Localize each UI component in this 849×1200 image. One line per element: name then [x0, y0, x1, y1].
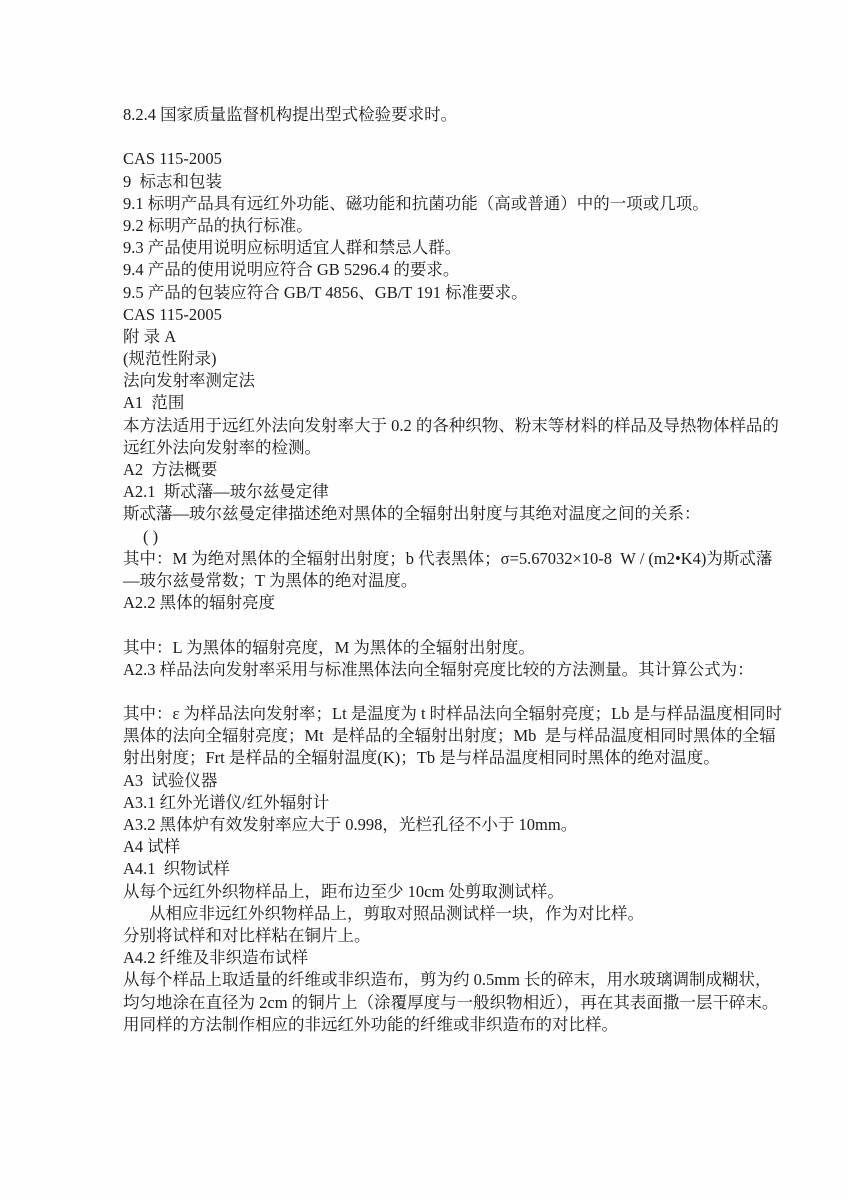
text-line: 8.2.4 国家质量监督机构提出型式检验要求时。: [123, 104, 737, 126]
text-line: 法向发射率测定法: [123, 370, 737, 392]
text-line: 分别将试样和对比样粘在铜片上。: [123, 925, 737, 947]
text-line: CAS 115-2005: [123, 148, 737, 170]
text-line: [123, 614, 737, 636]
text-line: A2.2 黑体的辐射亮度: [123, 592, 737, 614]
text-line: [123, 126, 737, 148]
text-line: A2 方法概要: [123, 459, 737, 481]
text-line: ( ): [123, 526, 737, 548]
text-line: [123, 681, 737, 703]
text-line: 其中：ε 为样品法向发射率；Lt 是温度为 t 时样品法向全辐射亮度；Lb 是与…: [123, 703, 737, 725]
text-line: A2.3 样品法向发射率采用与标准黑体法向全辐射亮度比较的方法测量。其计算公式为…: [123, 659, 737, 681]
text-line: 9.2 标明产品的执行标准。: [123, 215, 737, 237]
text-line: A3 试验仪器: [123, 770, 737, 792]
document-text-block: 8.2.4 国家质量监督机构提出型式检验要求时。 CAS 115-20059 标…: [123, 104, 737, 1036]
text-line: A4 试样: [123, 836, 737, 858]
text-line: 其中：M 为绝对黑体的全辐射出射度；b 代表黑体；σ=5.67032×10-8 …: [123, 548, 737, 570]
text-line: CAS 115-2005: [123, 304, 737, 326]
text-line: 从每个样品上取适量的纤维或非织造布，剪为约 0.5mm 长的碎末，用水玻璃调制成…: [123, 969, 737, 991]
text-line: 其中：L 为黑体的辐射亮度，M 为黑体的全辐射出射度。: [123, 637, 737, 659]
text-line: A4.2 纤维及非织造布试样: [123, 947, 737, 969]
text-line: 均匀地涂在直径为 2cm 的铜片上（涂覆厚度与一般织物相近），再在其表面撒一层干…: [123, 992, 737, 1014]
text-line: A1 范围: [123, 392, 737, 414]
text-line: 用同样的方法制作相应的非远红外功能的纤维或非织造布的对比样。: [123, 1014, 737, 1036]
text-line: —玻尔兹曼常数；T 为黑体的绝对温度。: [123, 570, 737, 592]
text-line: A3.1 红外光谱仪/红外辐射计: [123, 792, 737, 814]
text-line: 本方法适用于远红外法向发射率大于 0.2 的各种织物、粉末等材料的样品及导热物体…: [123, 415, 737, 437]
text-line: 远红外法向发射率的检测。: [123, 437, 737, 459]
text-line: 从每个远红外织物样品上，距布边至少 10cm 处剪取测试样。: [123, 881, 737, 903]
text-line: 9.3 产品使用说明应标明适宜人群和禁忌人群。: [123, 237, 737, 259]
text-line: A4.1 织物试样: [123, 858, 737, 880]
text-line: A2.1 斯忒藩—玻尔兹曼定律: [123, 481, 737, 503]
text-line: 从相应非远红外织物样品上，剪取对照品测试样一块，作为对比样。: [123, 903, 737, 925]
text-line: 9 标志和包装: [123, 171, 737, 193]
text-line: 斯忒藩—玻尔兹曼定律描述绝对黑体的全辐射出射度与其绝对温度之间的关系：: [123, 503, 737, 525]
document-page: 8.2.4 国家质量监督机构提出型式检验要求时。 CAS 115-20059 标…: [0, 0, 849, 1200]
text-line: 9.5 产品的包装应符合 GB/T 4856、GB/T 191 标准要求。: [123, 282, 737, 304]
text-line: 9.4 产品的使用说明应符合 GB 5296.4 的要求。: [123, 259, 737, 281]
text-line: 9.1 标明产品具有远红外功能、磁功能和抗菌功能（高或普通）中的一项或几项。: [123, 193, 737, 215]
text-line: 黑体的法向全辐射亮度；Mt 是样品的全辐射出射度；Mb 是与样品温度相同时黑体的…: [123, 725, 737, 747]
text-line: A3.2 黑体炉有效发射率应大于 0.998，光栏孔径不小于 10mm。: [123, 814, 737, 836]
text-line: 射出射度；Frt 是样品的全辐射温度(K)；Tb 是与样品温度相同时黑体的绝对温…: [123, 747, 737, 769]
text-line: 附 录 A: [123, 326, 737, 348]
text-line: (规范性附录): [123, 348, 737, 370]
